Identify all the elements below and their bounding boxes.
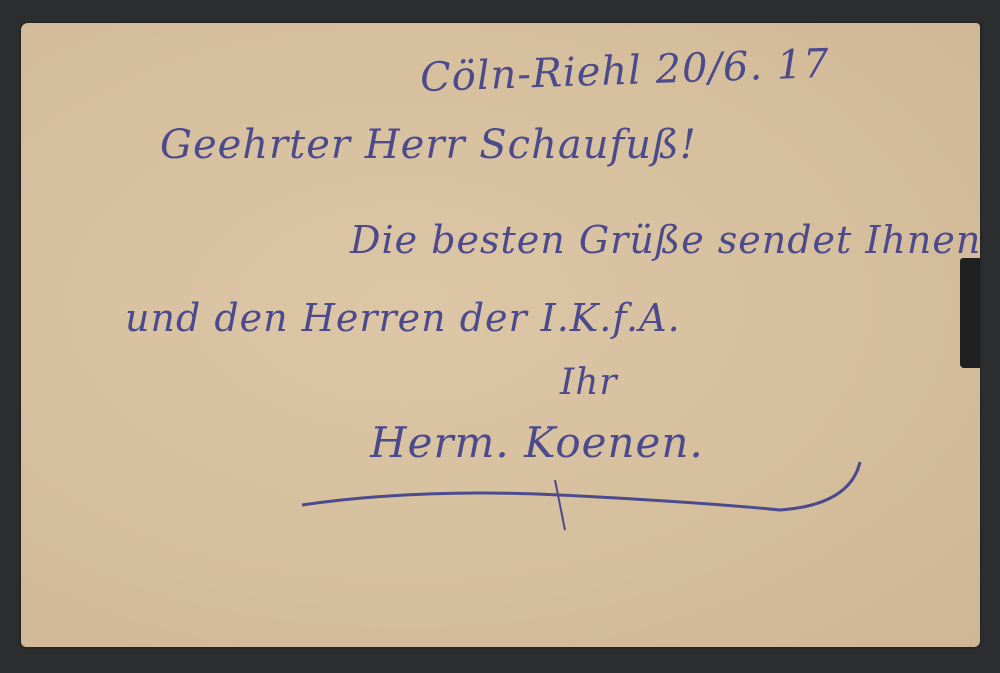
- signature-flourish-icon: [0, 0, 1000, 673]
